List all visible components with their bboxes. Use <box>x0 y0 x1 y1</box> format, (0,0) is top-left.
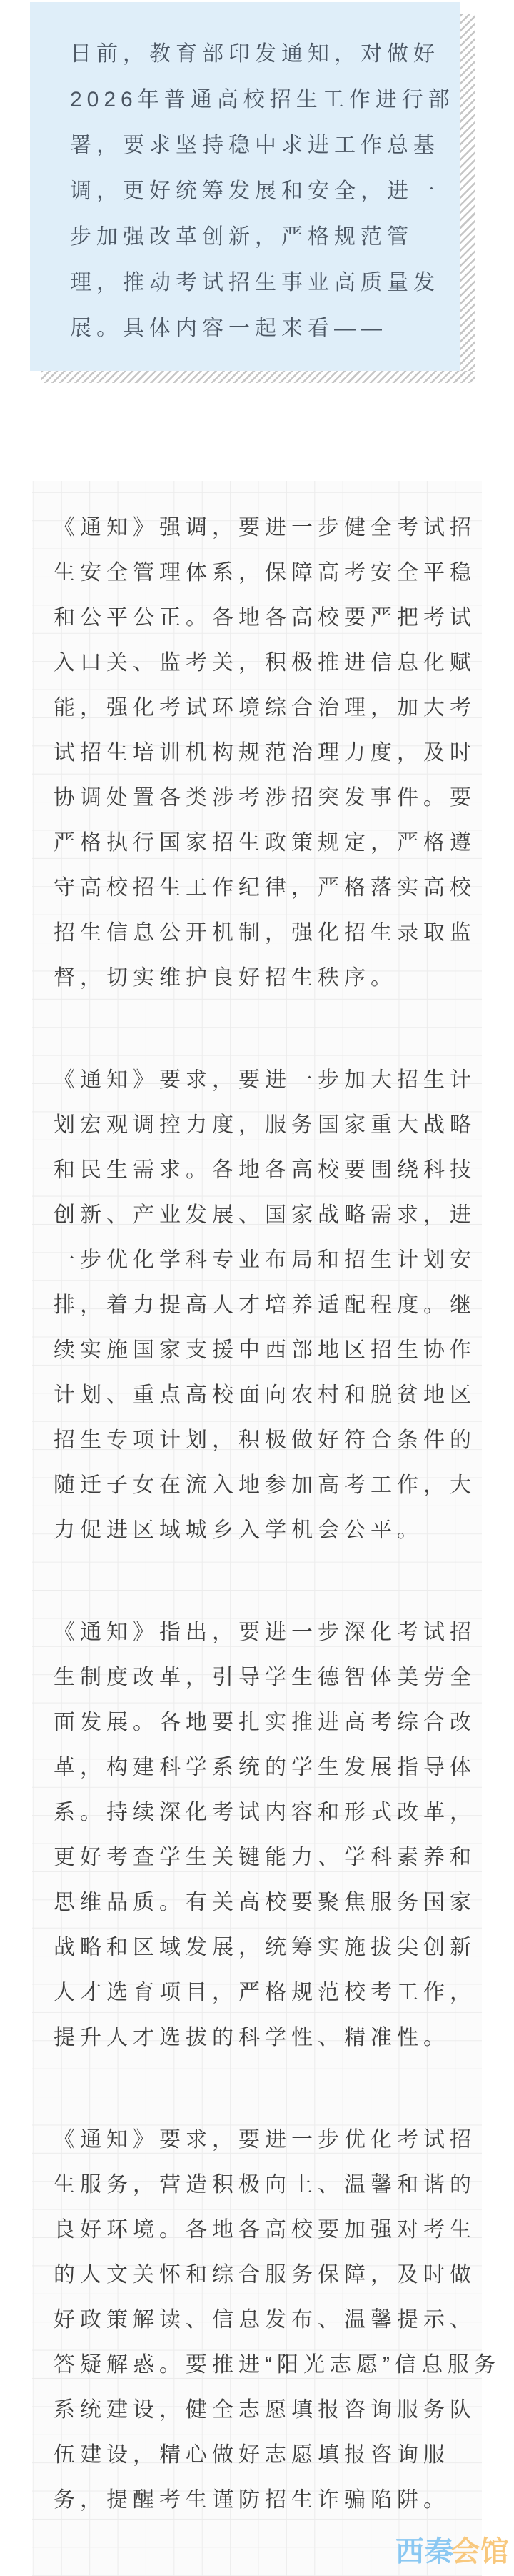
paragraph-4: 《通知》要求，要进一步优化考试招 生服务，营造积极向上、温馨和谐的 良好环境。各… <box>54 2117 482 2522</box>
text-line: 随迁子女在流入地参加高考工作，大 <box>54 1463 482 1508</box>
text-line: 思维品质。有关高校要聚焦服务国家 <box>54 1880 482 1925</box>
text-line: 更好考查学生关键能力、学科素养和 <box>54 1835 482 1880</box>
text-line: 《通知》要求，要进一步优化考试招 <box>54 2117 482 2162</box>
intro-line: 理，推动考试招生事业高质量发 <box>70 260 425 306</box>
text-line: 招生专项计划，积极做好符合条件的 <box>54 1418 482 1463</box>
text-line: 革，构建科学系统的学生发展指导体 <box>54 1745 482 1790</box>
text-line: 创新、产业发展、国家战略需求，进 <box>54 1193 482 1238</box>
text-line: 系。持续深化考试内容和形式改革， <box>54 1790 482 1835</box>
text-line: 系统建设，健全志愿填报咨询服务队 <box>54 2387 482 2432</box>
text-line: 《通知》要求，要进一步加大招生计 <box>54 1058 482 1103</box>
text-line: 协调处置各类涉考涉招突发事件。要 <box>54 775 482 820</box>
text-line: 的人文关怀和综合服务保障，及时做 <box>54 2252 482 2297</box>
watermark-part-1: 西秦 <box>395 2536 454 2567</box>
intro-line: 调，更好统筹发展和安全，进一 <box>70 169 425 214</box>
text-line: 计划、重点高校面向农村和脱贫地区 <box>54 1373 482 1418</box>
article-page: 日前，教育部印发通知，对做好 2026年普通高校招生工作进行部 署，要求坚持稳中… <box>0 0 514 2576</box>
text-line: 督，切实维护良好招生秩序。 <box>54 955 482 1000</box>
text-line: 招生信息公开机制，强化招生录取监 <box>54 910 482 955</box>
text-line: 人才选育项目，严格规范校考工作， <box>54 1970 482 2015</box>
article-body: 《通知》强调，要进一步健全考试招 生安全管理体系，保障高考安全平稳 和公平公正。… <box>32 481 482 2576</box>
text-line: 答疑解惑。要推进“阳光志愿”信息服务 <box>54 2342 482 2387</box>
text-line: 良好环境。各地各高校要加强对考生 <box>54 2207 482 2252</box>
intro-line: 署，要求坚持稳中求进工作总基 <box>70 123 425 169</box>
text-line: 试招生培训机构规范治理力度，及时 <box>54 730 482 775</box>
text-line: 《通知》强调，要进一步健全考试招 <box>54 505 482 550</box>
text-line: 和公平公正。各地各高校要严把考试 <box>54 595 482 640</box>
paragraph-3: 《通知》指出，要进一步深化考试招 生制度改革，引导学生德智体美劳全 面发展。各地… <box>54 1610 482 2060</box>
text-line: 和民生需求。各地各高校要围绕科技 <box>54 1148 482 1193</box>
text-line: 面发展。各地要扎实推进高考综合改 <box>54 1700 482 1745</box>
hatched-shadow-right <box>460 14 475 383</box>
text-line: 划宏观调控力度，服务国家重大战略 <box>54 1103 482 1148</box>
hatched-shadow-bottom <box>41 371 475 383</box>
text-line: 生服务，营造积极向上、温馨和谐的 <box>54 2162 482 2207</box>
paragraph-1: 《通知》强调，要进一步健全考试招 生安全管理体系，保障高考安全平稳 和公平公正。… <box>54 505 482 1000</box>
text-line: 生制度改革，引导学生德智体美劳全 <box>54 1655 482 1700</box>
paragraph-2: 《通知》要求，要进一步加大招生计 划宏观调控力度，服务国家重大战略 和民生需求。… <box>54 1058 482 1553</box>
watermark: 西秦会馆 <box>395 2529 510 2570</box>
text-line: 入口关、监考关，积极推进信息化赋 <box>54 640 482 685</box>
intro-line: 展。具体内容一起来看—— <box>70 306 425 352</box>
intro-line: 步加强改革创新，严格规范管 <box>70 214 425 260</box>
intro-callout: 日前，教育部印发通知，对做好 2026年普通高校招生工作进行部 署，要求坚持稳中… <box>30 2 460 371</box>
text-line: 好政策解读、信息发布、温馨提示、 <box>54 2297 482 2342</box>
text-line: 战略和区域发展，统筹实施拔尖创新 <box>54 1925 482 1970</box>
intro-line: 日前，教育部印发通知，对做好 <box>70 31 425 77</box>
text-line: 守高校招生工作纪律，严格落实高校 <box>54 865 482 910</box>
intro-line: 2026年普通高校招生工作进行部 <box>70 77 425 123</box>
text-line: 能，强化考试环境综合治理，加大考 <box>54 685 482 730</box>
text-line: 力促进区域城乡入学机会公平。 <box>54 1508 482 1553</box>
text-line: 伍建设，精心做好志愿填报咨询服 <box>54 2432 482 2477</box>
text-line: 生安全管理体系，保障高考安全平稳 <box>54 550 482 595</box>
text-line: 续实施国家支援中西部地区招生协作 <box>54 1328 482 1373</box>
watermark-part-2: 会馆 <box>451 2536 510 2567</box>
text-line: 务，提醒考生谨防招生诈骗陷阱。 <box>54 2477 482 2522</box>
text-line: 《通知》指出，要进一步深化考试招 <box>54 1610 482 1655</box>
text-line: 排，着力提高人才培养适配程度。继 <box>54 1283 482 1328</box>
text-line: 严格执行国家招生政策规定，严格遵 <box>54 820 482 865</box>
text-line: 一步优化学科专业布局和招生计划安 <box>54 1238 482 1283</box>
text-line: 提升人才选拔的科学性、精准性。 <box>54 2015 482 2060</box>
